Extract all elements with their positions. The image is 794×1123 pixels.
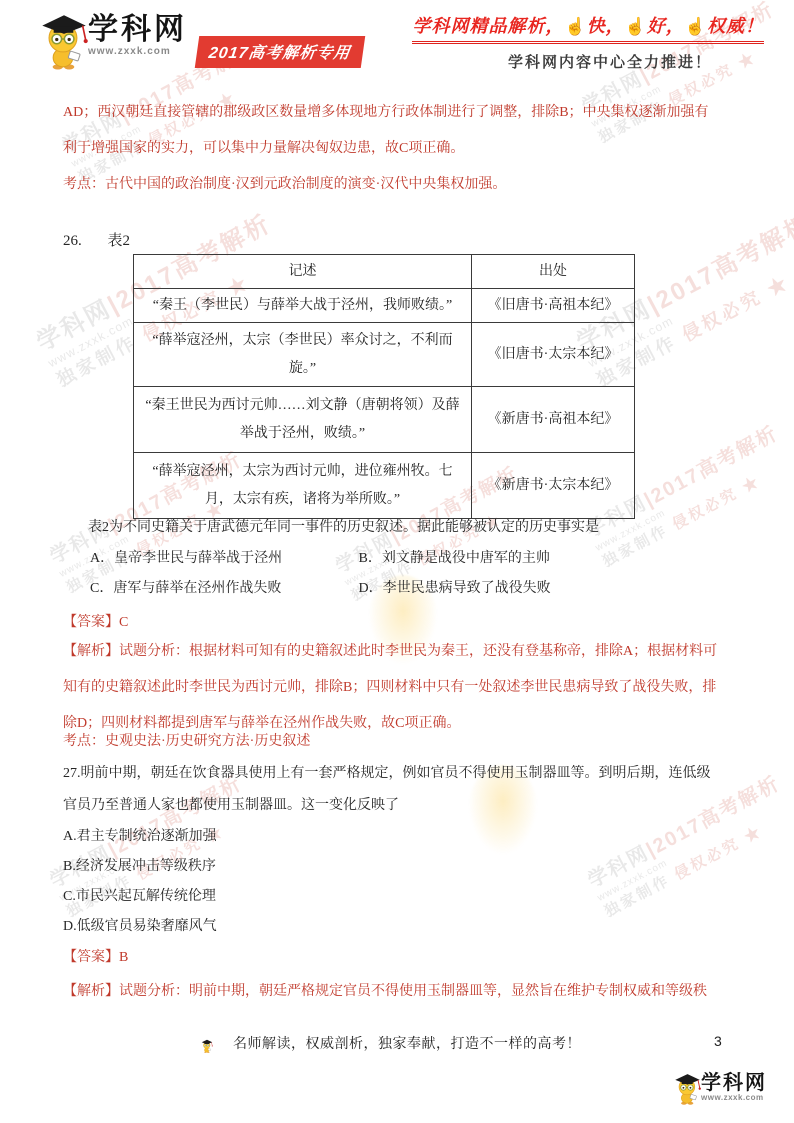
table-row: “秦王（李世民）与薛举大战于泾州，我师败绩。” 《旧唐书·高祖本纪》 [134,289,635,323]
desc-cell: “秦王世民为西讨元帅……刘文静（唐朝将领）及薛 举战于泾州，败绩。” [134,387,472,453]
footer-logo: 学科网 www.zxxk.com [674,1070,767,1105]
option-a: A．皇帝李世民与薛举战于泾州 [90,548,355,570]
slogan-main: 学科网精品解析，☝快，☝好，☝权威！ [412,12,764,44]
table-2: 记述 出处 “秦王（李世民）与薛举大战于泾州，我师败绩。” 《旧唐书·高祖本纪》… [133,254,634,519]
logo-name: 学科网 [701,1073,767,1093]
option-b: B．刘文静是战役中唐军的主帅 [359,548,550,570]
slogan-sub: 学科网内容中心全力推进！ [412,51,712,72]
option-c: C.市民兴起瓦解传统伦理 [63,882,731,912]
source-cell: 《旧唐书·太宗本纪》 [472,323,635,387]
header-cell-source: 出处 [472,255,635,289]
star-icon: ★ [741,822,765,845]
desc-cell: “秦王（李世民）与薛举大战于泾州，我师败绩。” [134,289,472,323]
answer-label: 【答案】 [63,950,119,965]
thumb-up-icon: ☝ [625,17,647,36]
page-number: 3 [714,1033,722,1049]
question-26-answer: 【答案】C [63,612,731,634]
option-c: C．唐军与薛举在泾州作战失败 [90,578,355,600]
desc-cell: “薛举寇泾州，太宗（李世民）率众讨之，不利而 旋。” [134,323,472,387]
question-number: 26. [63,233,82,249]
source-cell: 《旧唐书·高祖本纪》 [472,289,635,323]
logo-name: 学科网 [88,14,187,46]
question-27-analysis: 【解析】试题分析：明前中期，朝廷严格规定官员不得使用玉制器皿等，显然旨在维护专制… [63,977,731,1007]
question-27-options: A.君主专制统治逐渐加强 B.经济发展冲击等级秩序 C.市民兴起瓦解传统伦理 D… [63,822,731,942]
analysis-text: AD；西汉朝廷直接管辖的郡级政区数量增多体现地方行政体制进行了调整，排除B；中央… [63,105,709,156]
question-26-stem: 表2为不同史籍关于唐武德元年同一事件的历史叙述。据此能够被认定的历史事实是 [63,517,731,539]
answer-label: 【答案】 [63,615,119,630]
table-row: “薛举寇泾州，太宗为西讨元帅，进位雍州牧。七 月，太宗有疾，诸将为举所败。” 《… [134,453,635,519]
question-26-options: A．皇帝李世民与薛举战于泾州 B．刘文静是战役中唐军的主帅 C．唐军与薛举在泾州… [63,548,731,600]
header-cell-desc: 记述 [134,255,472,289]
analysis-label: 【解析】 [63,984,119,999]
option-d: D．李世民患病导致了战役失败 [359,578,551,600]
thumb-up-icon: ☝ [685,17,707,36]
edition-badge: 2017高考解析专用 [195,36,365,68]
question-26-heading: 26. 表2 [63,229,731,253]
header-slogan: 学科网精品解析，☝快，☝好，☝权威！ 学科网内容中心全力推进！ [412,12,764,72]
logo-url: www.zxxk.com [88,46,187,57]
site-logo: 学科网 www.zxxk.com 2017高考解析专用 [40,8,363,72]
option-a: A.君主专制统治逐渐加强 [63,822,731,852]
table-row: “薛举寇泾州，太宗（李世民）率众讨之，不利而 旋。” 《旧唐书·太宗本纪》 [134,323,635,387]
mascot-icon [40,8,88,70]
thumb-up-icon: ☝ [564,17,586,36]
option-d: D.低级官员易染奢靡风气 [63,912,731,942]
question-26-kaodian: 考点：史观史法·历史研究方法·历史叙述 [63,730,731,754]
kaodian-line: 考点：古代中国的政治制度·汉到元政治制度的演变·汉代中央集权加强。 [63,167,731,203]
document-page: { "colors": { "red_text": "#c0392b", "sl… [0,0,794,1123]
prev-question-analysis: AD；西汉朝廷直接管辖的郡级政区数量增多体现地方行政体制进行了调整，排除B；中央… [63,95,731,203]
page-header: 学科网 www.zxxk.com 2017高考解析专用 学科网精品解析，☝快，☝… [40,8,764,72]
option-b: B.经济发展冲击等级秩序 [63,852,731,882]
question-27-answer: 【答案】B [63,943,731,973]
page-footer: 名师解读，权威剖析，独家奉献，打造不一样的高考！ 3 [0,1030,794,1056]
desc-cell: “薛举寇泾州，太宗为西讨元帅，进位雍州牧。七 月，太宗有疾，诸将为举所败。” [134,453,472,519]
source-cell: 《新唐书·高祖本纪》 [472,387,635,453]
analysis-label: 【解析】 [63,644,119,659]
question-27-stem: 27.明前中期，朝廷在饮食器具使用上有一套严格规定，例如官员不得使用玉制器皿等。… [63,758,731,822]
table-caption: 表2 [108,233,131,249]
star-icon: ★ [764,271,793,300]
answer-value: B [119,950,128,965]
mascot-icon [201,1038,213,1053]
table-row: “秦王世民为西讨元帅……刘文静（唐朝将领）及薛 举战于泾州，败绩。” 《新唐书·… [134,387,635,453]
question-26-analysis: 【解析】试题分析：根据材料可知有的史籍叙述此时李世民为秦王，还没有登基称帝，排除… [63,634,731,742]
mascot-icon [674,1070,701,1105]
source-cell: 《新唐书·太宗本纪》 [472,453,635,519]
analysis-text: 试题分析：根据材料可知有的史籍叙述此时李世民为秦王，还没有登基称帝，排除A；根据… [63,644,717,731]
analysis-text: 试题分析：明前中期，朝廷严格规定官员不得使用玉制器皿等，显然旨在维护专制权威和等… [119,984,707,999]
answer-value: C [119,615,128,630]
table-header-row: 记述 出处 [134,255,635,289]
star-icon: ★ [739,472,763,495]
logo-url: www.zxxk.com [701,1093,767,1102]
footer-slogan: 名师解读，权威剖析，独家奉献，打造不一样的高考！ [233,1033,581,1053]
